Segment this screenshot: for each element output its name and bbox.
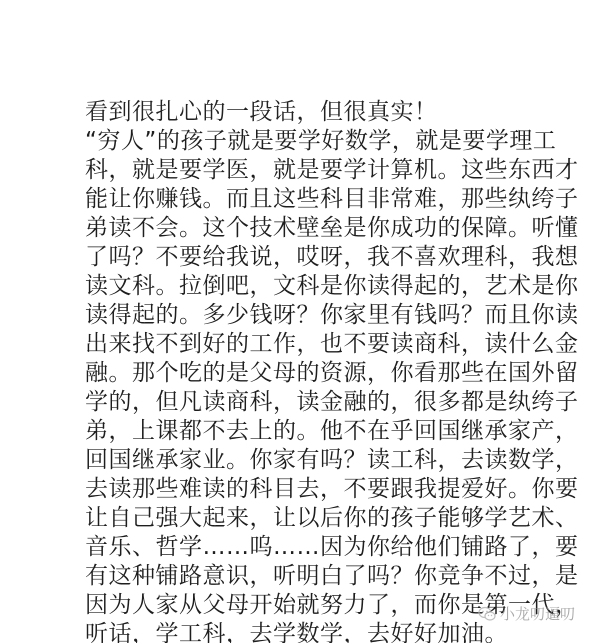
article-line: 弟，上课都不去上的。他不在乎回国继承家产，	[85, 417, 510, 446]
article-title: 看到很扎心的一段话，但很真实！	[85, 98, 510, 127]
article-line: 学的，但凡读商科，读金融的，很多都是纨绔子	[85, 388, 510, 417]
watermark: 小龙叨逼叨	[478, 603, 575, 624]
wechat-icon	[478, 606, 496, 622]
article-line: 去读那些难读的科目去，不要跟我提爱好。你要	[85, 475, 510, 504]
article-line: 了吗？不要给我说，哎呀，我不喜欢理科，我想	[85, 243, 510, 272]
article-body: 看到很扎心的一段话，但很真实！ “穷人”的孩子就是要学好数学，就是要学理工 科，…	[85, 98, 510, 643]
article-line: 融。那个吃的是父母的资源，你看那些在国外留	[85, 359, 510, 388]
article-line: 弟读不会。这个技术壁垒是你成功的保障。听懂	[85, 214, 510, 243]
article-line: 读文科。拉倒吧，文科是你读得起的，艺术是你	[85, 272, 510, 301]
watermark-text: 小龙叨逼叨	[500, 603, 575, 624]
article-line: 出来找不到好的工作，也不要读商科，读什么金	[85, 330, 510, 359]
article-line: 能让你赚钱。而且这些科目非常难，那些纨绔子	[85, 185, 510, 214]
article-line: 听话，学工科，去学数学，去好好加油。	[85, 620, 510, 643]
article-line: 音乐、哲学……呜……因为你给他们铺路了，要	[85, 533, 510, 562]
article-line: “穷人”的孩子就是要学好数学，就是要学理工	[85, 127, 510, 156]
article-line: 科，就是要学医，就是要学计算机。这些东西才	[85, 156, 510, 185]
article-line: 回国继承家业。你家有吗？读工科，去读数学，	[85, 446, 510, 475]
article-line: 因为人家从父母开始就努力了，而你是第一代，	[85, 591, 510, 620]
article-line: 有这种铺路意识，听明白了吗？你竞争不过，是	[85, 562, 510, 591]
article-line: 读得起的。多少钱呀？你家里有钱吗？而且你读	[85, 301, 510, 330]
article-line: 让自己强大起来，让以后你的孩子能够学艺术、	[85, 504, 510, 533]
